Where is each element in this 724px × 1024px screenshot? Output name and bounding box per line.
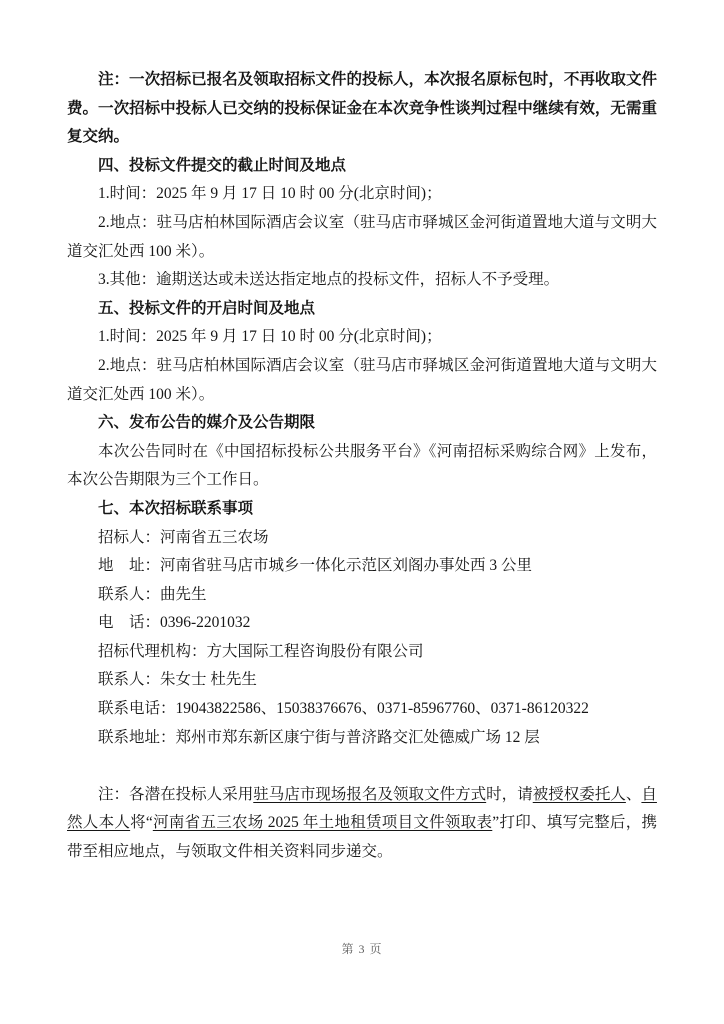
paragraph: 1.时间：2025 年 9 月 17 日 10 时 00 分(北京时间)；: [67, 323, 657, 352]
underlined-text: 驻马店市现场报名及领取文件方式: [253, 786, 486, 803]
paragraph: 联系电话：19043822586、15038376676、0371-859677…: [67, 695, 657, 724]
text-run: 联系人：朱女士 杜先生: [98, 671, 257, 688]
paragraph: 电 话：0396-2201032: [67, 609, 657, 638]
text-run: 电 话：0396-2201032: [98, 614, 250, 631]
text-run: 地 址：河南省驻马店市城乡一体化示范区刘阁办事处西 3 公里: [98, 557, 532, 574]
text-run: 3.其他：逾期送达或未送达指定地点的投标文件，招标人不予受理。: [98, 271, 559, 288]
section-heading: 四、投标文件提交的截止时间及地点: [67, 152, 657, 181]
document-body: 注：一次招标已报名及领取招标文件的投标人，本次报名原标包时，不再收取文件费。一次…: [67, 66, 657, 867]
text-run: 2.地点：驻马店柏林国际酒店会议室（驻马店市驿城区金河街道置地大道与文明大道交汇…: [67, 357, 657, 403]
text-run: 联系地址：郑州市郑东新区康宁街与普济路交汇处德威广场 12 层: [98, 729, 540, 746]
text-run: 2.地点：驻马店柏林国际酒店会议室（驻马店市驿城区金河街道置地大道与文明大道交汇…: [67, 214, 657, 260]
text-run: 、: [626, 786, 642, 803]
underlined-text: 河南省五三农场 2025 年土地租赁项目文件领取表: [153, 814, 492, 831]
text-run: 四、投标文件提交的截止时间及地点: [98, 157, 346, 174]
paragraph: 3.其他：逾期送达或未送达指定地点的投标文件，招标人不予受理。: [67, 266, 657, 295]
text-run: 联系人：曲先生: [98, 586, 207, 603]
text-run: 注：一次招标已报名及领取招标文件的投标人，本次报名原标包时，不再收取文件费。一次…: [67, 71, 657, 145]
text-run: 将“: [130, 814, 153, 831]
text-run: 招标人：河南省五三农场: [98, 529, 269, 546]
paragraph: 2.地点：驻马店柏林国际酒店会议室（驻马店市驿城区金河街道置地大道与文明大道交汇…: [67, 209, 657, 266]
paragraph: 注：各潜在投标人采用驻马店市现场报名及领取文件方式时，请被授权委托人、自然人本人…: [67, 781, 657, 867]
paragraph: 联系地址：郑州市郑东新区康宁街与普济路交汇处德威广场 12 层: [67, 724, 657, 753]
text-run: 招标代理机构：方大国际工程咨询股份有限公司: [98, 643, 424, 660]
section-heading: 七、本次招标联系事项: [67, 495, 657, 524]
text-run: 六、发布公告的媒介及公告期限: [98, 414, 315, 431]
page-footer: 第 3 页: [0, 941, 724, 957]
paragraph: 本次公告同时在《中国招标投标公共服务平台》《河南招标采购综合网》上发布，本次公告…: [67, 438, 657, 495]
text-run: 1.时间：2025 年 9 月 17 日 10 时 00 分(北京时间)；: [98, 185, 442, 202]
text-run: 注：各潜在投标人采用: [98, 786, 253, 803]
text-run: 1.时间：2025 年 9 月 17 日 10 时 00 分(北京时间)；: [98, 328, 442, 345]
text-run: 七、本次招标联系事项: [98, 500, 253, 517]
page-number: 第 3 页: [341, 942, 382, 956]
blank-line: [67, 752, 657, 781]
text-run: 时，请: [486, 786, 533, 803]
paragraph: 1.时间：2025 年 9 月 17 日 10 时 00 分(北京时间)；: [67, 180, 657, 209]
note-paragraph: 注：一次招标已报名及领取招标文件的投标人，本次报名原标包时，不再收取文件费。一次…: [67, 66, 657, 152]
paragraph: 联系人：朱女士 杜先生: [67, 666, 657, 695]
text-run: 五、投标文件的开启时间及地点: [98, 300, 315, 317]
document-page: 注：一次招标已报名及领取招标文件的投标人，本次报名原标包时，不再收取文件费。一次…: [0, 0, 724, 1024]
section-heading: 五、投标文件的开启时间及地点: [67, 295, 657, 324]
text-run: 本次公告同时在《中国招标投标公共服务平台》《河南招标采购综合网》上发布，本次公告…: [67, 443, 657, 489]
underlined-text: 被授权委托人: [533, 786, 626, 803]
section-heading: 六、发布公告的媒介及公告期限: [67, 409, 657, 438]
paragraph: 地 址：河南省驻马店市城乡一体化示范区刘阁办事处西 3 公里: [67, 552, 657, 581]
paragraph: 招标人：河南省五三农场: [67, 524, 657, 553]
paragraph: 联系人：曲先生: [67, 581, 657, 610]
paragraph: 2.地点：驻马店柏林国际酒店会议室（驻马店市驿城区金河街道置地大道与文明大道交汇…: [67, 352, 657, 409]
paragraph: 招标代理机构：方大国际工程咨询股份有限公司: [67, 638, 657, 667]
text-run: 联系电话：19043822586、15038376676、0371-859677…: [98, 700, 589, 717]
